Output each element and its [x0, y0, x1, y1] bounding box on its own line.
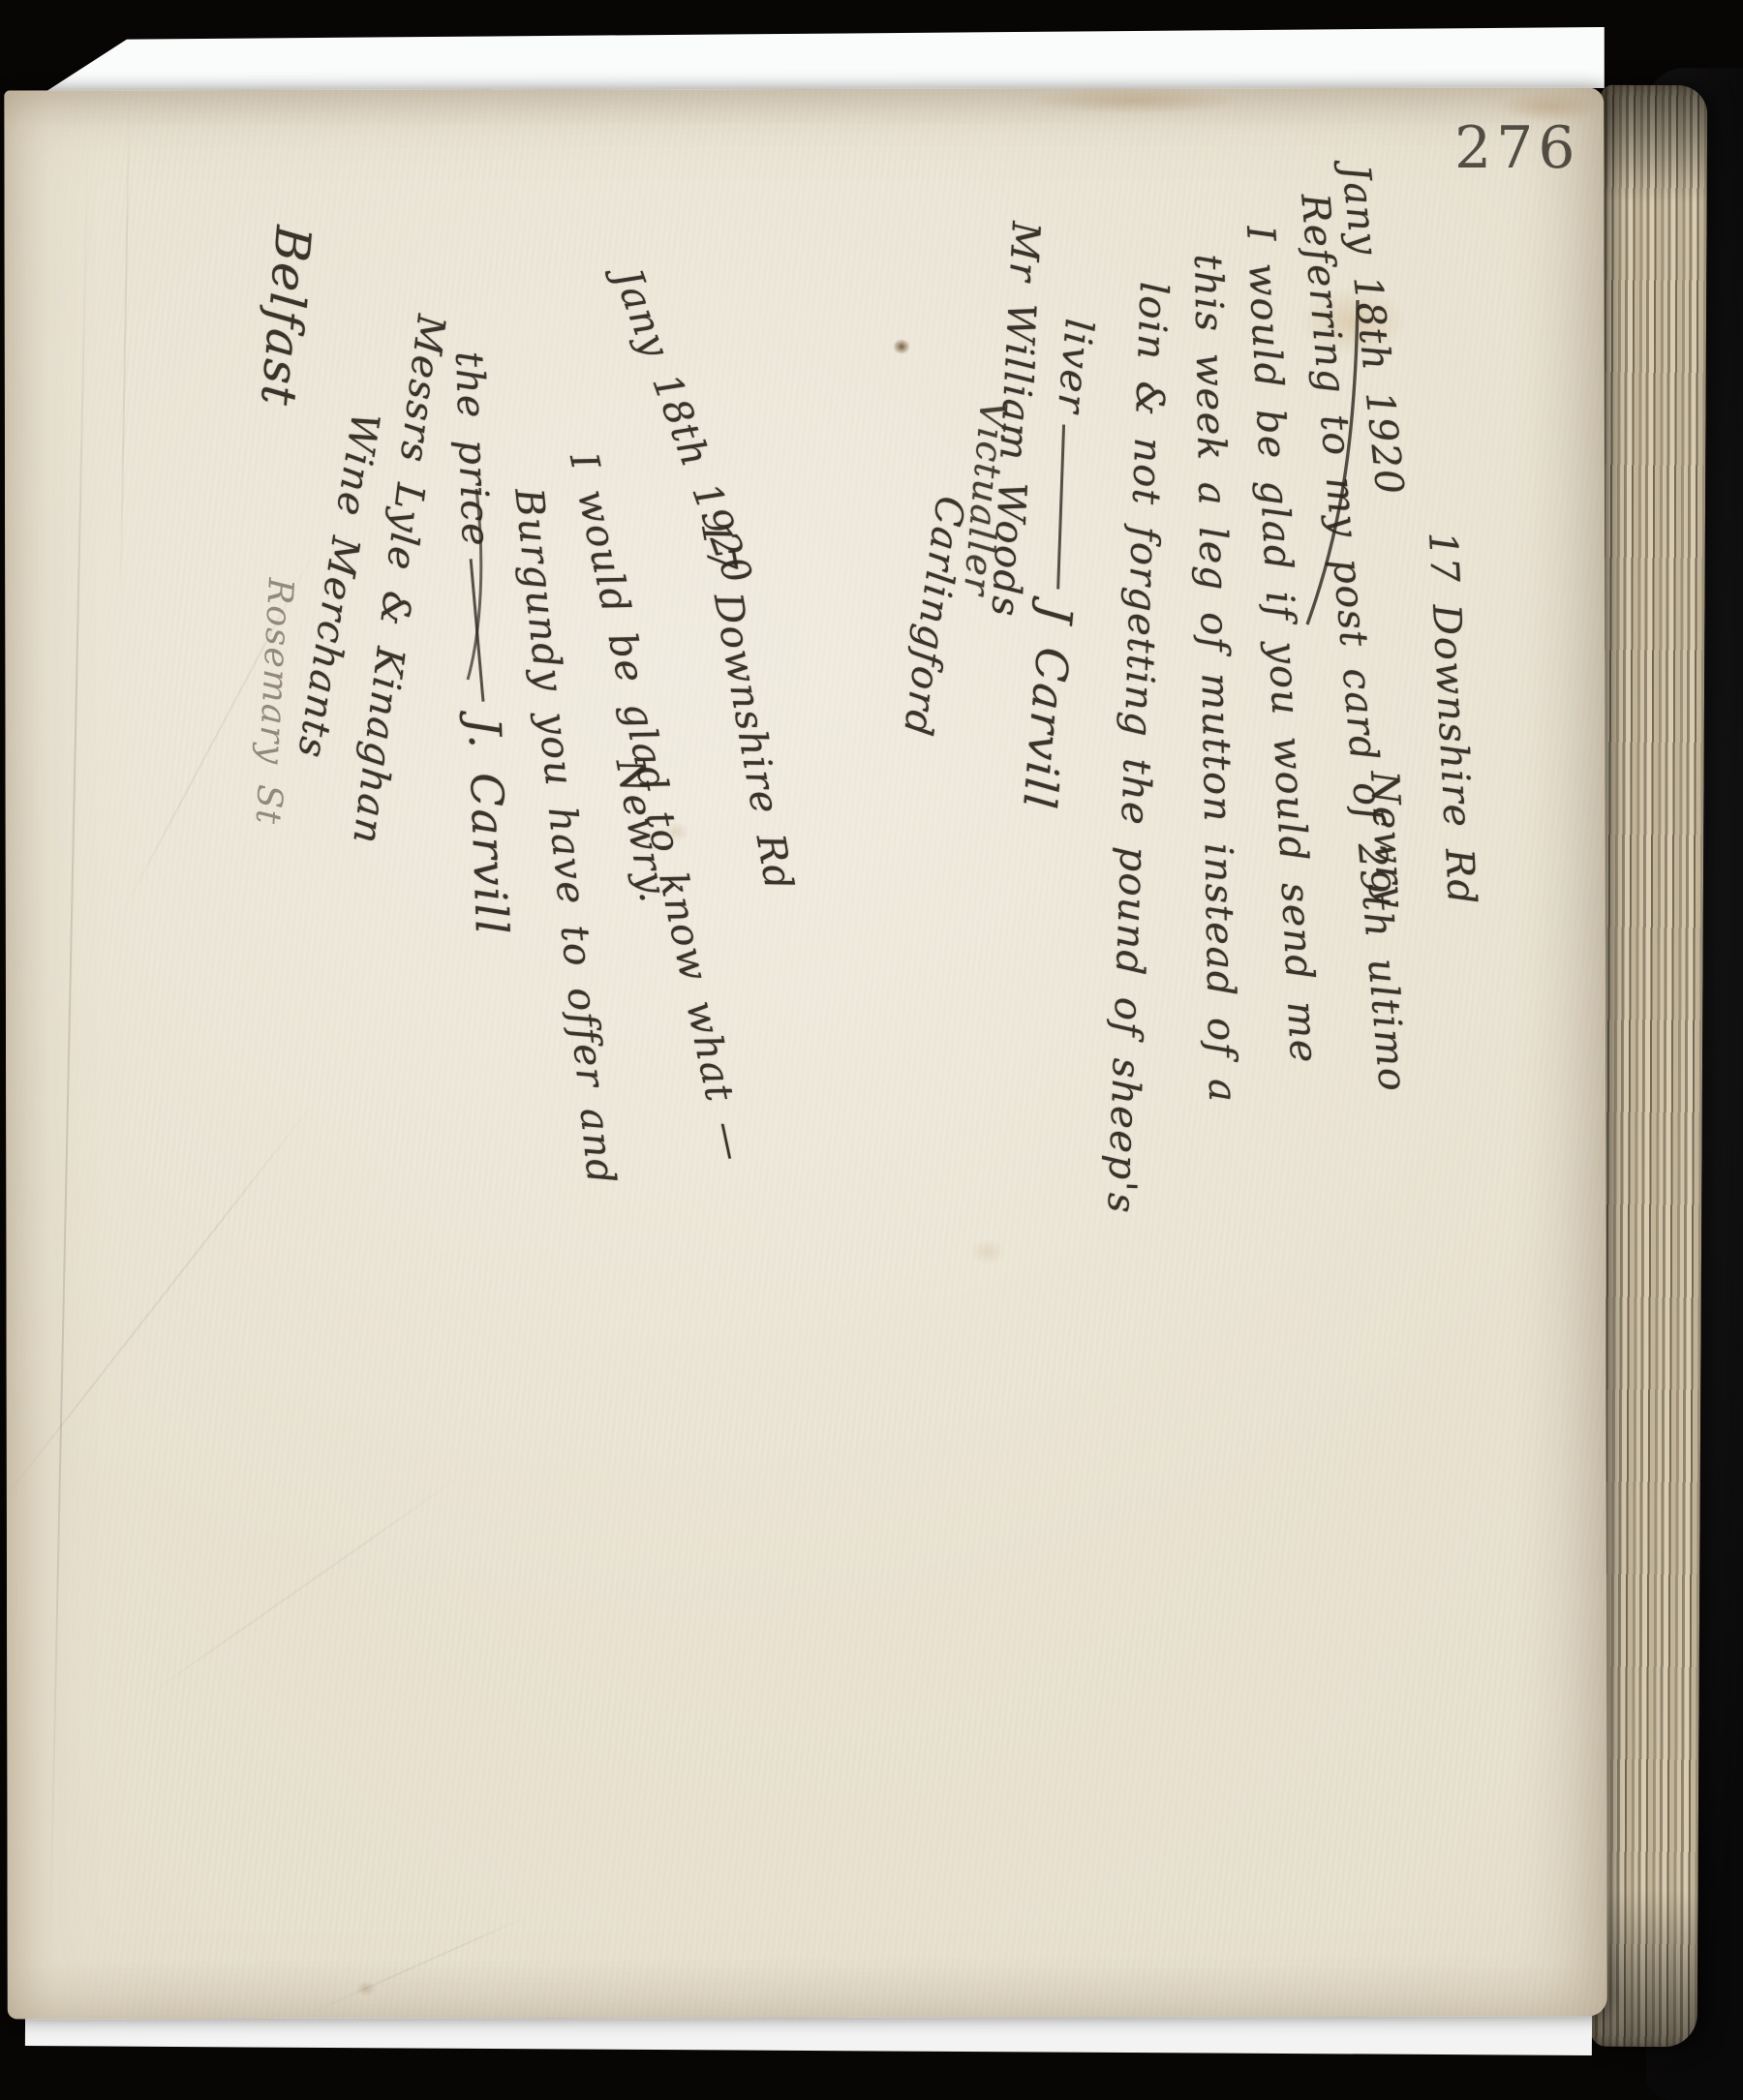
pen-dash — [1056, 425, 1065, 590]
letter1-body-line-5: liver — [1049, 317, 1101, 415]
page-number: 276 — [1454, 114, 1580, 182]
tissue-sheet-edge-top — [41, 27, 1607, 95]
pen-dash — [470, 559, 485, 702]
letter2-body-line-3: the price — [446, 350, 498, 548]
letter-book-scan: 276 Jany 18th 1920 17 Downshire Rd Newry… — [0, 0, 1743, 2100]
letter2-signature: J. Carvill — [458, 716, 518, 937]
page-stack-fore-edge — [1591, 85, 1708, 2048]
